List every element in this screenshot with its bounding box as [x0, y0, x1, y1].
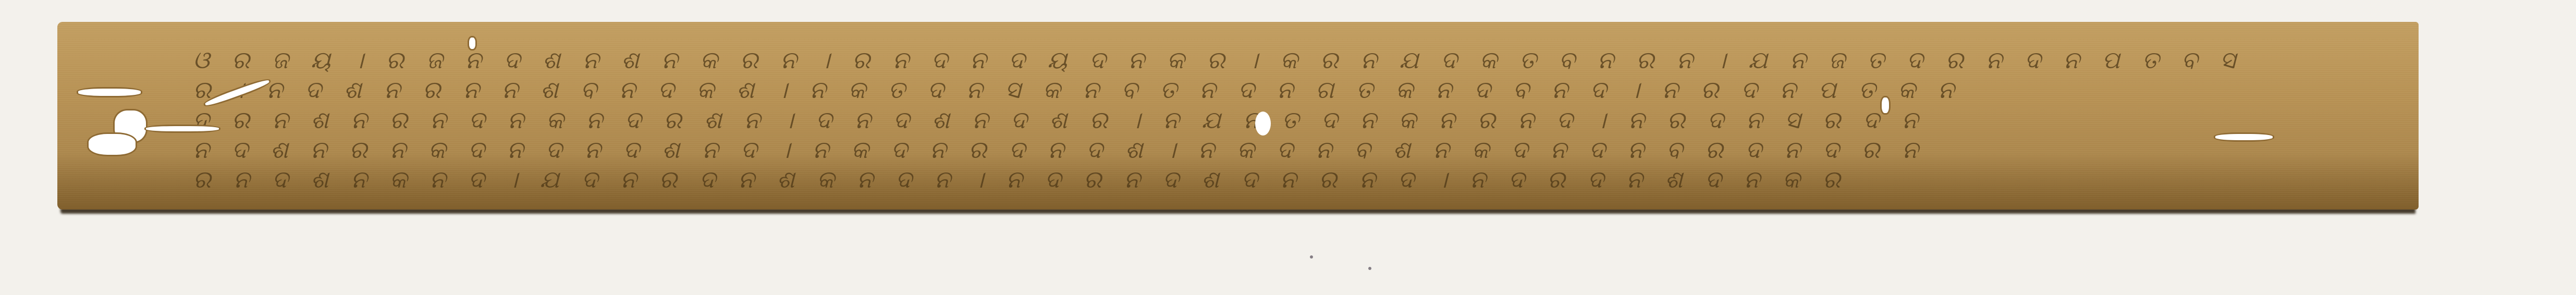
insect-damage	[146, 126, 219, 131]
insect-damage	[1882, 97, 1889, 113]
palm-leaf: ଓ ର ଜ ୟ । ର ଜ ନ ଦ ଶ ନ ଶ ନ କ ର ନ । ର ନ ଦ …	[57, 22, 2419, 210]
manuscript-text: ଓ ର ଜ ୟ । ର ଜ ନ ଦ ଶ ନ ଶ ନ କ ର ନ । ର ନ ଦ …	[193, 45, 2309, 194]
text-line: ଦ ର ନ ଶ ନ ର ନ ଦ ନ କ ନ ଦ ର ଶ ନ । ଦ ନ ଦ ଶ …	[193, 105, 2309, 134]
insect-damage	[469, 38, 475, 49]
text-line: ଓ ର ଜ ୟ । ର ଜ ନ ଦ ଶ ନ ଶ ନ କ ର ନ । ର ନ ଦ …	[193, 45, 2309, 75]
insect-damage	[2215, 134, 2273, 140]
paper-speck	[1310, 255, 1313, 259]
insect-damage	[78, 89, 141, 96]
text-line: ର ନ ଦ ଶ ନ କ ନ ଦ । ଯ ଦ ନ ର ଦ ନ ଶ କ ନ ଦ ନ …	[193, 165, 2309, 194]
text-line: ର । ନ ଦ ଶ ନ ର ନ ନ ଶ ବ ନ ଦ କ ଶ । ନ କ ତ ଦ …	[193, 75, 2309, 104]
string-hole	[1255, 112, 1271, 136]
paper-speck	[1368, 267, 1371, 270]
text-line: ନ ଦ ଶ ନ ର ନ କ ଦ ନ ଦ ନ ଦ ଶ ନ ଦ । ନ କ ଦ ନ …	[193, 135, 2309, 164]
insect-damage	[89, 134, 136, 155]
